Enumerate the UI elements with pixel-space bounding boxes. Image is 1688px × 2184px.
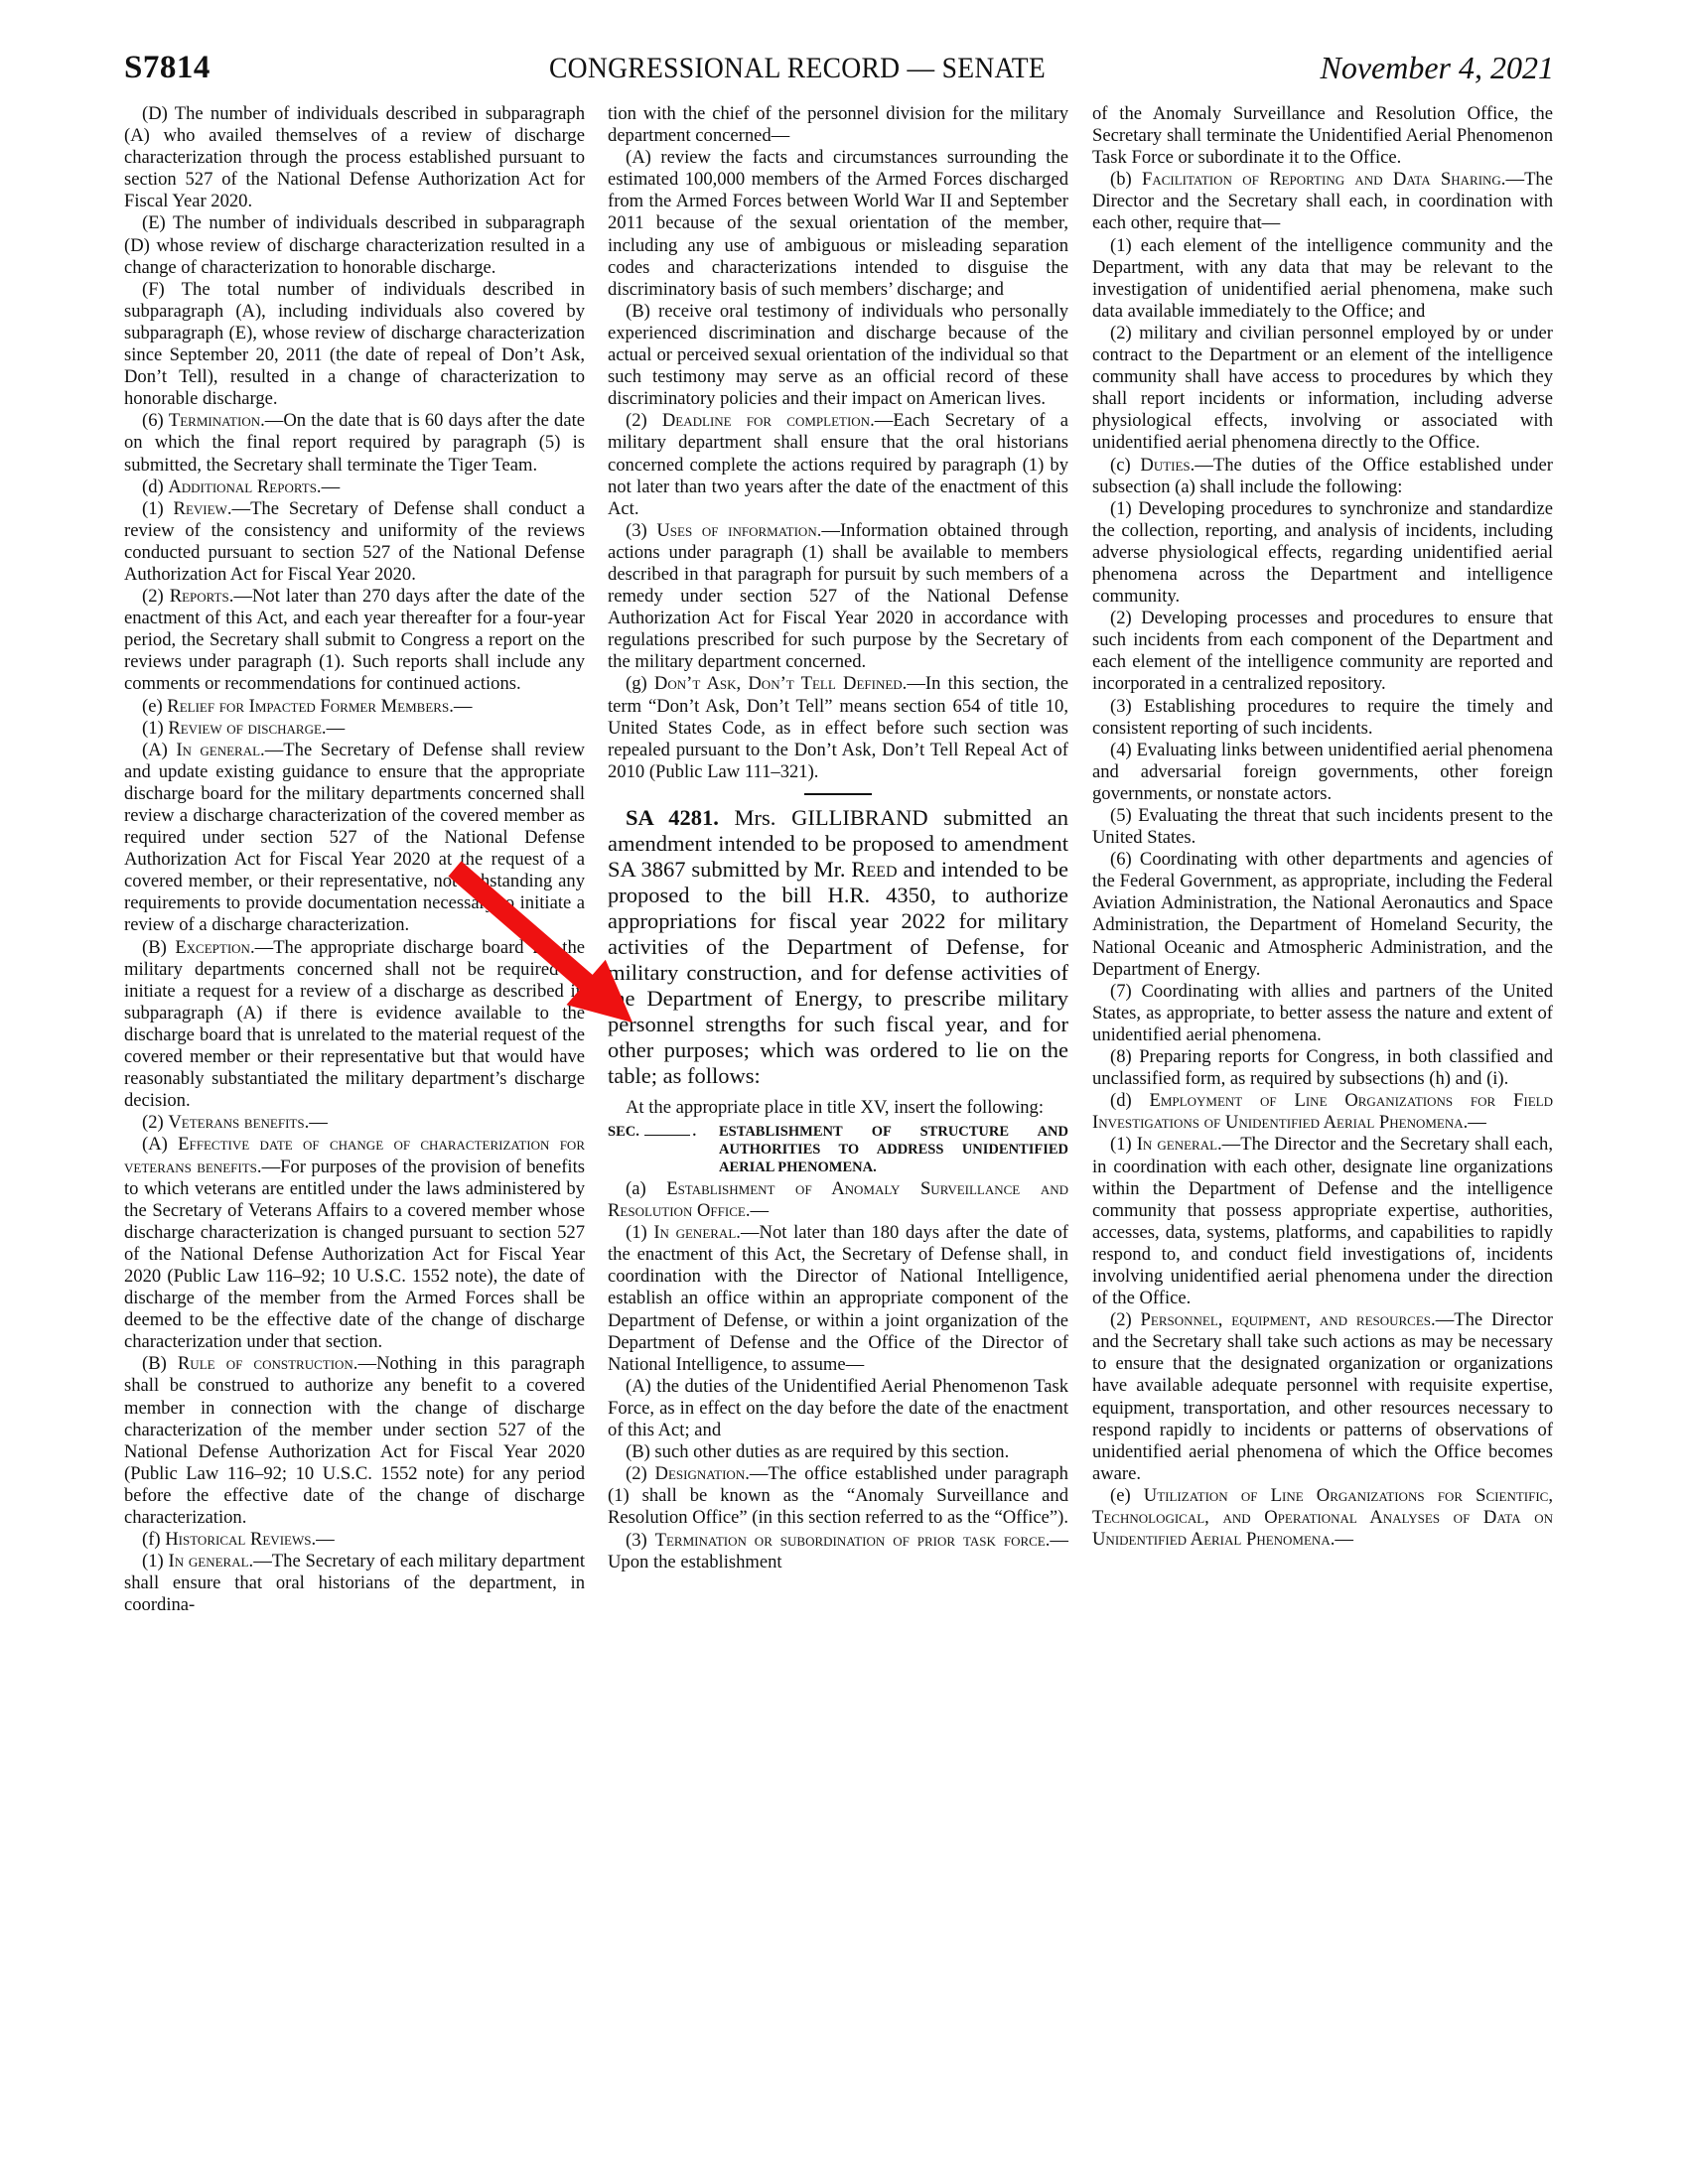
issue-date: November 4, 2021 — [1320, 50, 1554, 86]
paragraph: (2) Designation.—The office established … — [608, 1463, 1068, 1529]
paragraph-label: (c) — [1110, 455, 1140, 476]
paragraph: (1) each element of the intelligence com… — [1092, 235, 1553, 323]
paragraph: (B) Rule of construction.—Nothing in thi… — [124, 1353, 585, 1529]
paragraph: (3) Uses of information.—Information obt… — [608, 520, 1068, 674]
paragraph: (2) Deadline for completion.—Each Secret… — [608, 410, 1068, 519]
amendment-paragraph: SA 4281. Mrs. GILLIBRAND submitted an am… — [608, 805, 1068, 1089]
paragraph-text: —The Secretary of Defense shall review a… — [124, 740, 585, 936]
section-title: ESTABLISHMENT OF STRUCTURE AND AUTHORITI… — [719, 1123, 1068, 1176]
paragraph: (A) review the facts and circumstances s… — [608, 147, 1068, 301]
paragraph: (b) Facilitation of Reporting and Data S… — [1092, 169, 1553, 234]
paragraph-label: (A) — [142, 1134, 178, 1155]
paragraph-heading: Personnel, equipment, and resources. — [1141, 1309, 1436, 1330]
paragraph-label: (3) — [626, 1530, 655, 1551]
paragraph-heading: Duties. — [1140, 455, 1195, 476]
paragraph: (8) Preparing reports for Congress, in b… — [1092, 1046, 1553, 1090]
paragraph-heading: Historical Reviews. — [165, 1529, 316, 1550]
paragraph-text: — — [750, 1200, 769, 1221]
paragraph-heading: Review. — [174, 498, 232, 519]
paragraph-heading: Utilization of Line Organizations for Sc… — [1092, 1485, 1553, 1550]
paragraph-text: tion with the chief of the personnel div… — [608, 103, 1068, 146]
paragraph-label: (d) — [142, 477, 168, 497]
paragraph: (A) Effective date of change of characte… — [124, 1134, 585, 1353]
paragraph-text: —The Director and the Secretary shall ta… — [1092, 1309, 1553, 1484]
paragraph-label: (2) — [142, 586, 170, 607]
paragraph-label: (1) — [142, 498, 174, 519]
paragraph-text: (A) the duties of the Unidentified Aeria… — [608, 1376, 1068, 1440]
paragraph-text: (F) The total number of individuals desc… — [124, 279, 585, 409]
paragraph-label: (B) — [142, 1353, 178, 1374]
paragraph-label: (6) — [142, 410, 169, 431]
paragraph-heading: Establishment of Anomaly Surveillance an… — [608, 1178, 1068, 1221]
paragraph: (e) Utilization of Line Organizations fo… — [1092, 1485, 1553, 1551]
paragraph: (f) Historical Reviews.— — [124, 1529, 585, 1551]
paragraph: (B) Exception.—The appropriate discharge… — [124, 937, 585, 1113]
section-divider — [804, 793, 872, 795]
section-heading: SEC. . ESTABLISHMENT OF STRUCTURE AND AU… — [608, 1123, 1068, 1176]
paragraph-text: (3) Establishing procedures to require t… — [1092, 696, 1553, 739]
paragraph: (a) Establishment of Anomaly Surveillanc… — [608, 1178, 1068, 1222]
paragraph-text: (7) Coordinating with allies and partner… — [1092, 981, 1553, 1045]
paragraph-text: (1) Developing procedures to synchronize… — [1092, 498, 1553, 607]
paragraph: (g) Don’t Ask, Don’t Tell Defined.—In th… — [608, 673, 1068, 782]
paragraph-label: (A) — [142, 740, 176, 760]
paragraph: (d) Employment of Line Organizations for… — [1092, 1090, 1553, 1134]
paragraph-text: (8) Preparing reports for Congress, in b… — [1092, 1046, 1553, 1089]
paragraph-heading: In general. — [1137, 1134, 1222, 1155]
paragraph-heading: Don’t Ask, Don’t Tell Defined. — [654, 673, 907, 694]
paragraph-heading: Facilitation of Reporting and Data Shari… — [1142, 169, 1505, 190]
paragraph-label: (1) — [142, 1551, 169, 1571]
paragraph-text: —Not later than 180 days after the date … — [608, 1222, 1068, 1375]
paragraph: (3) Establishing procedures to require t… — [1092, 696, 1553, 740]
paragraph: (B) such other duties as are required by… — [608, 1441, 1068, 1463]
paragraph-heading: Rule of construction. — [178, 1353, 358, 1374]
paragraph: of the Anomaly Surveillance and Resoluti… — [1092, 103, 1553, 169]
paragraph-text: —For purposes of the provision of benefi… — [124, 1157, 585, 1353]
paragraph-label: (B) — [142, 937, 175, 958]
middle-column-top: tion with the chief of the personnel div… — [608, 103, 1068, 783]
paragraph-label: (2) — [626, 410, 662, 431]
paragraph: (1) In general.—The Secretary of each mi… — [124, 1551, 585, 1616]
paragraph-heading: Termination. — [169, 410, 265, 431]
paragraph-label: (1) — [1110, 1134, 1137, 1155]
paragraph: (1) Review of discharge.— — [124, 718, 585, 740]
paragraph-label: (2) — [142, 1112, 168, 1133]
right-column: of the Anomaly Surveillance and Resoluti… — [1092, 103, 1553, 1551]
paragraph-text: —The appropriate discharge board for the… — [124, 937, 585, 1112]
paragraph-text: —Nothing in this paragraph shall be cons… — [124, 1353, 585, 1528]
paragraph: tion with the chief of the personnel div… — [608, 103, 1068, 147]
paragraph-text: — — [316, 1529, 335, 1550]
paragraph-text: (2) Developing processes and procedures … — [1092, 608, 1553, 694]
section-label: SEC. — [608, 1124, 639, 1140]
middle-column-bottom: (a) Establishment of Anomaly Surveillanc… — [608, 1178, 1068, 1573]
insert-instruction: At the appropriate place in title XV, in… — [608, 1097, 1068, 1119]
paragraph-label: (f) — [142, 1529, 165, 1550]
paragraph-text: (D) The number of individuals described … — [124, 103, 585, 211]
paragraph-heading: Veterans benefits. — [168, 1112, 309, 1133]
paragraph-text: —The Director and the Secretary shall ea… — [1092, 1134, 1553, 1308]
paragraph: (F) The total number of individuals desc… — [124, 279, 585, 411]
paragraph: (2) military and civilian personnel empl… — [1092, 323, 1553, 455]
paragraph: (1) Developing procedures to synchronize… — [1092, 498, 1553, 608]
paragraph-label: (a) — [626, 1178, 666, 1199]
paragraph-text: of the Anomaly Surveillance and Resoluti… — [1092, 103, 1553, 168]
paragraph-heading: Review of discharge. — [168, 718, 326, 739]
paragraph: (1) Review.—The Secretary of Defense sha… — [124, 498, 585, 586]
paragraph-label: (d) — [1110, 1090, 1150, 1111]
paragraph-heading: Designation. — [655, 1463, 750, 1484]
paragraph: (2) Developing processes and procedures … — [1092, 608, 1553, 695]
paragraph-text: (B) such other duties as are required by… — [626, 1441, 1009, 1462]
paragraph-text: — — [327, 718, 346, 739]
middle-column: tion with the chief of the personnel div… — [608, 103, 1068, 1573]
paragraph: (c) Duties.—The duties of the Office est… — [1092, 455, 1553, 498]
paragraph: (7) Coordinating with allies and partner… — [1092, 981, 1553, 1046]
paragraph-text: — — [309, 1112, 328, 1133]
paragraph: (1) In general.—Not later than 180 days … — [608, 1222, 1068, 1376]
paragraph-heading: Additional Reports. — [168, 477, 321, 497]
page-header: S7814 CONGRESSIONAL RECORD — SENATE Nove… — [124, 50, 1554, 95]
amendment-text-2: and intended to be proposed to the bill … — [608, 857, 1068, 1088]
page-number: S7814 — [124, 50, 211, 86]
paragraph: (4) Evaluating links between unidentifie… — [1092, 740, 1553, 805]
paragraph-label: (2) — [626, 1463, 655, 1484]
paragraph: (D) The number of individuals described … — [124, 103, 585, 212]
paragraph-text: (4) Evaluating links between unidentifie… — [1092, 740, 1553, 804]
paragraph-text: (6) Coordinating with other departments … — [1092, 849, 1553, 979]
paragraph-heading: Uses of information. — [656, 520, 821, 541]
left-column: (D) The number of individuals described … — [124, 103, 585, 1616]
paragraph: (A) In general.—The Secretary of Defense… — [124, 740, 585, 937]
paragraph-label: (3) — [626, 520, 656, 541]
paragraph-label: (1) — [142, 718, 168, 739]
paragraph: (3) Termination or subordination of prio… — [608, 1530, 1068, 1573]
paragraph-label: (e) — [1110, 1485, 1144, 1506]
paragraph-heading: Exception. — [175, 937, 254, 958]
paragraph: (1) In general.—The Director and the Sec… — [1092, 1134, 1553, 1309]
paragraph-heading: Deadline for completion. — [662, 410, 875, 431]
paragraph-heading: Relief for Impacted Former Members. — [167, 696, 454, 717]
paragraph-heading: In general. — [169, 1551, 254, 1571]
paragraph-text: — — [322, 477, 341, 497]
paragraph-text: (E) The number of individuals described … — [124, 212, 585, 277]
paragraph-text: (1) each element of the intelligence com… — [1092, 235, 1553, 322]
amendment-reed: Reed — [851, 857, 897, 882]
paragraph: (d) Additional Reports.— — [124, 477, 585, 498]
publication-title: CONGRESSIONAL RECORD — SENATE — [549, 52, 1046, 85]
paragraph: (E) The number of individuals described … — [124, 212, 585, 278]
amendment-number: SA 4281. — [626, 805, 719, 830]
paragraph-text: (5) Evaluating the threat that such inci… — [1092, 805, 1553, 848]
paragraph-label: (2) — [1110, 1309, 1141, 1330]
paragraph-label: (b) — [1110, 169, 1142, 190]
paragraph-text: — — [1335, 1529, 1353, 1550]
paragraph: (e) Relief for Impacted Former Members.— — [124, 696, 585, 718]
paragraph-text: — — [454, 696, 473, 717]
paragraph-text: —Information obtained through actions un… — [608, 520, 1068, 673]
paragraph: (2) Veterans benefits.— — [124, 1112, 585, 1134]
paragraph: (B) receive oral testimony of individual… — [608, 301, 1068, 410]
paragraph: (A) the duties of the Unidentified Aeria… — [608, 1376, 1068, 1441]
paragraph: (2) Reports.—Not later than 270 days aft… — [124, 586, 585, 695]
paragraph-text: — — [1468, 1112, 1486, 1133]
paragraph-text: (2) military and civilian personnel empl… — [1092, 323, 1553, 453]
paragraph-heading: In general. — [176, 740, 264, 760]
paragraph-heading: Termination or subordination of prior ta… — [655, 1530, 1051, 1551]
section-number-blank — [644, 1135, 690, 1136]
paragraph-heading: Reports. — [170, 586, 234, 607]
paragraph: (2) Personnel, equipment, and resources.… — [1092, 1309, 1553, 1485]
paragraph-heading: In general. — [653, 1222, 741, 1243]
paragraph-text: (B) receive oral testimony of individual… — [608, 301, 1068, 409]
paragraph-label: (g) — [626, 673, 654, 694]
paragraph: (5) Evaluating the threat that such inci… — [1092, 805, 1553, 849]
amendment-sponsor: Mrs. GILLIBRAND — [735, 805, 928, 830]
paragraph-label: (1) — [626, 1222, 653, 1243]
paragraph: (6) Coordinating with other departments … — [1092, 849, 1553, 981]
paragraph-label: (e) — [142, 696, 167, 717]
paragraph-text: (A) review the facts and circumstances s… — [608, 147, 1068, 300]
paragraph: (6) Termination.—On the date that is 60 … — [124, 410, 585, 476]
